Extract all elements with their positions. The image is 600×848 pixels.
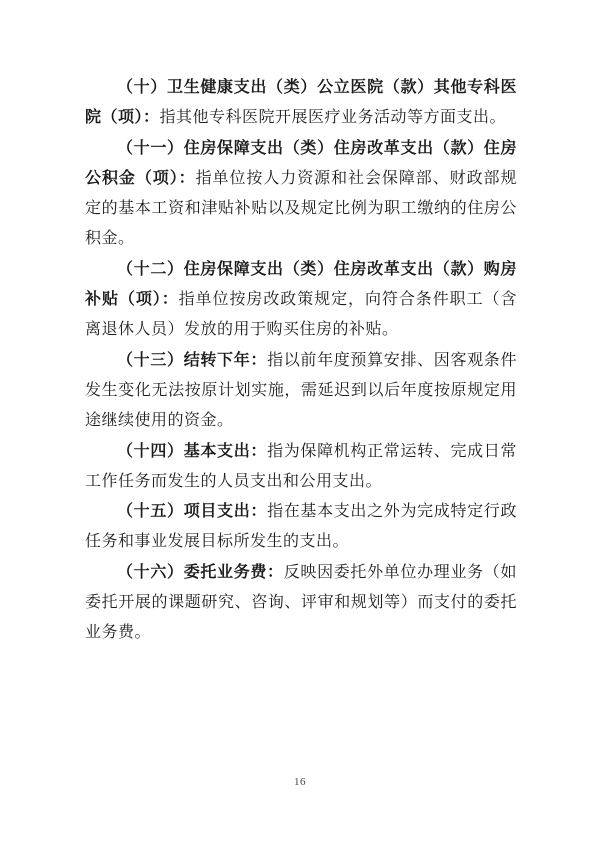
term-definition: 指其他专科医院开展医疗业务活动等方面支出。 <box>160 109 507 126</box>
paragraph-item-14: （十四）基本支出：指为保障机构正常运转、完成日常工作任务而发生的人员支出和公用支… <box>85 437 517 498</box>
document-body: （十）卫生健康支出（类）公立医院（款）其他专科医院（项）：指其他专科医院开展医疗… <box>85 73 517 649</box>
term-heading: （十三）结转下年： <box>117 352 267 369</box>
term-heading: （十六）委托业务费： <box>117 564 284 581</box>
paragraph-item-15: （十五）项目支出：指在基本支出之外为完成特定行政任务和事业发展目标所发生的支出。 <box>85 497 517 558</box>
paragraph-item-10: （十）卫生健康支出（类）公立医院（款）其他专科医院（项）：指其他专科医院开展医疗… <box>85 73 517 134</box>
paragraph-item-13: （十三）结转下年：指以前年度预算安排、因客观条件发生变化无法按原计划实施，需延迟… <box>85 346 517 437</box>
paragraph-item-16: （十六）委托业务费：反映因委托外单位办理业务（如委托开展的课题研究、咨询、评审和… <box>85 558 517 649</box>
term-heading: （十五）项目支出： <box>117 503 267 520</box>
paragraph-item-12: （十二）住房保障支出（类）住房改革支出（款）购房补贴（项）：指单位按房改政策规定… <box>85 255 517 346</box>
document-page: （十）卫生健康支出（类）公立医院（款）其他专科医院（项）：指其他专科医院开展医疗… <box>0 0 600 848</box>
term-heading: （十四）基本支出： <box>117 443 267 460</box>
page-number: 16 <box>0 776 600 788</box>
paragraph-item-11: （十一）住房保障支出（类）住房改革支出（款）住房公积金（项）：指单位按人力资源和… <box>85 134 517 255</box>
